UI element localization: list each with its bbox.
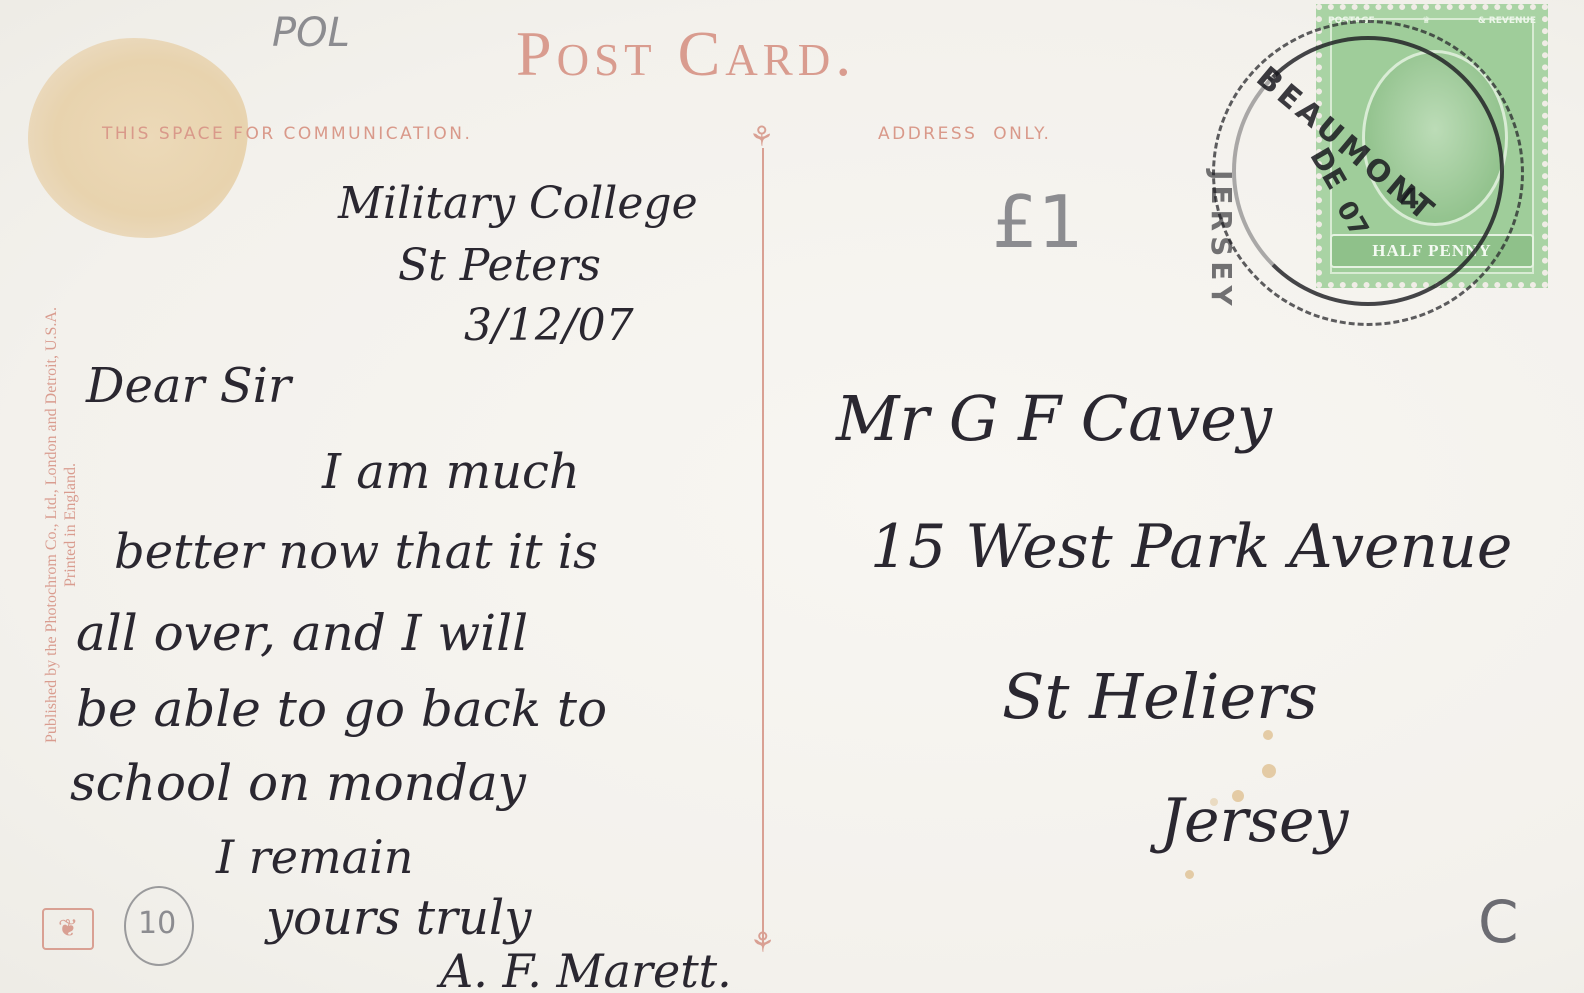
pencil-price: £1 [992,180,1084,264]
pencil-corner-letter: C [1478,888,1519,956]
address-label: ADDRESS ONLY. [878,124,1051,144]
postmark-region: JERSEY [1205,170,1238,311]
communication-label: THIS SPACE FOR COMMUNICATION. [102,124,472,144]
address-line-3: St Heliers [1002,660,1318,733]
address-line-4: Jersey [1160,786,1348,856]
message-body-line-5: school on monday [70,754,526,812]
circled-number-text: 10 [138,906,176,941]
center-divider-line [762,148,764,944]
card-title: Post Card. [516,14,856,94]
postmark-day: 4 [1400,182,1419,215]
message-date: 3/12/07 [464,300,634,351]
address-line-2: 15 West Park Avenue [870,512,1512,582]
divider-ornament-bottom: ⚘ [750,930,775,958]
foxing-spot [1262,764,1276,778]
message-heading-2: St Peters [398,240,601,291]
message-heading-1: Military College [338,178,698,229]
message-closing-1: I remain [216,830,413,884]
pencil-note-pol: POL [272,10,350,56]
message-body-line-2: better now that it is [114,524,598,580]
foxing-spot [1185,870,1194,879]
crown-icon: ♛ [1422,16,1430,26]
postcard-back: Post Card. THIS SPACE FOR COMMUNICATION.… [0,0,1584,993]
address-line-1: Mr G F Cavey [836,382,1272,455]
message-body-line-3: all over, and I will [76,604,528,662]
message-salutation: Dear Sir [86,358,291,414]
publisher-logo-icon: ❦ [42,908,94,950]
message-closing-2: yours truly [266,890,531,946]
publisher-line-1: Published by the Photochrom Co., Ltd., L… [42,165,61,885]
message-body-line-1: I am much [322,444,580,500]
message-signature: A. F. Marett. [440,944,732,993]
message-body-line-4: be able to go back to [76,680,607,738]
stamp-revenue-label: & REVENUE [1478,16,1536,26]
